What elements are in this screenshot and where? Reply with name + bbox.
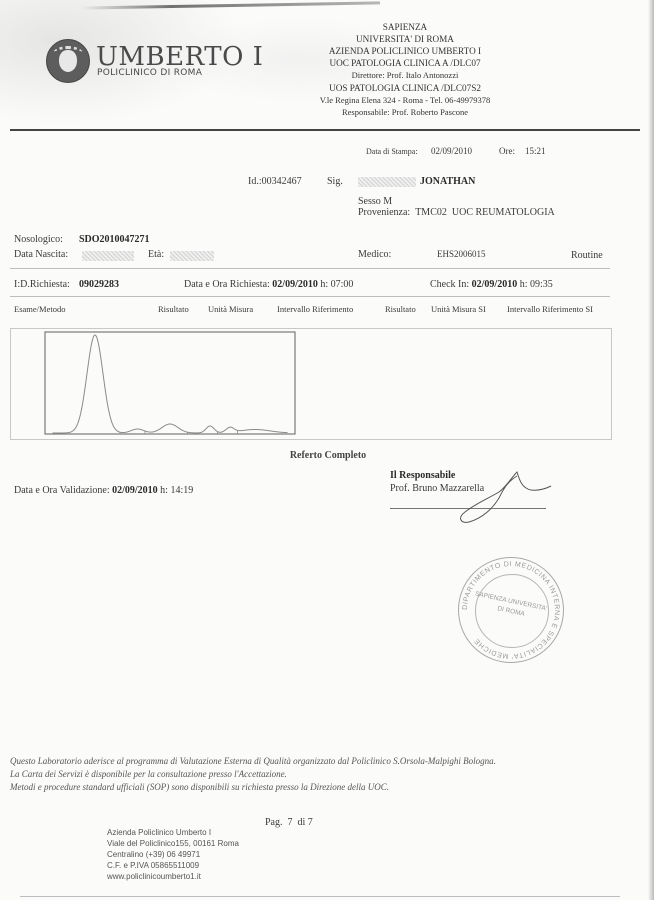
request-date: 02/09/2010 <box>272 279 318 290</box>
patient-name: JONATHAN <box>420 176 475 187</box>
request-datetime-label: Data e Ora Richiesta: <box>184 279 270 290</box>
footer-address: Azienda Policlinico Umberto I Viale del … <box>107 827 239 882</box>
electrophoresis-chart <box>44 331 296 435</box>
validation-date: 02/09/2010 <box>112 485 158 496</box>
footer-street: Viale del Policlinico155, 00161 Roma <box>107 838 239 849</box>
letterhead-department: UOC PATOLOGIA CLINICA A /DLC07 <box>290 57 520 69</box>
col-reference-range-si: Intervallo Riferimento SI <box>507 304 593 314</box>
patient-origin: Provenienza: TMC02 UOC REUMATOLOGIA <box>358 207 555 218</box>
nosologico-label: Nosologico: <box>14 234 63 245</box>
letterhead-address: V.le Regina Elena 324 - Roma - Tel. 06-4… <box>290 94 520 106</box>
print-time-value: 15:21 <box>525 146 546 156</box>
disclaimer-line-2: La Carta dei Servizi è disponibile per l… <box>10 769 287 779</box>
patient-id-label: Id.: <box>248 176 262 187</box>
record-divider <box>10 268 610 269</box>
footer-phone: Centralino (+39) 06 49971 <box>107 849 239 860</box>
medusa-head-icon <box>46 39 90 83</box>
print-time-label: Ore: <box>499 146 515 156</box>
validation-time: 14:19 <box>170 485 193 496</box>
header-divider <box>10 129 640 131</box>
origin-label: Provenienza: <box>358 207 410 218</box>
disclaimer-line-1: Questo Laboratorio aderisce al programma… <box>10 756 496 766</box>
request-divider <box>10 296 610 297</box>
col-result: Risultato <box>158 304 189 314</box>
department-stamp: DIPARTIMENTO DI MEDICINA INTERNA E SPECI… <box>458 557 564 663</box>
request-datetime: Data e Ora Richiesta: 02/09/2010 h: 07:0… <box>184 279 353 290</box>
disclaimer-line-3: Metodi e procedure standard ufficiali (S… <box>10 782 389 792</box>
redacted-age <box>170 251 214 261</box>
request-time: 07:00 <box>331 279 354 290</box>
report-status: Referto Completo <box>273 450 383 461</box>
patient-id-value: 00342467 <box>262 176 302 187</box>
page-label: Pag. <box>265 817 283 828</box>
col-reference-range: Intervallo Riferimento <box>277 304 353 314</box>
redacted-surname <box>358 177 416 187</box>
print-date-label: Data di Stampa: <box>366 147 418 156</box>
sex-value: M <box>383 196 392 207</box>
letterhead-responsible: Responsabile: Prof. Roberto Pascone <box>290 106 520 118</box>
letterhead-university-2: UNIVERSITA' DI ROMA <box>290 33 520 45</box>
footer-vat: C.F. e P.IVA 05865511009 <box>107 860 239 871</box>
validation: Data e Ora Validazione: 02/09/2010 h: 14… <box>14 485 193 496</box>
pagination: Pag. 7 di 7 <box>265 817 313 828</box>
priority: Routine <box>571 250 603 261</box>
request-id-value: 09029283 <box>79 279 119 290</box>
paper-fold <box>80 1 380 9</box>
chart-frame <box>45 332 295 434</box>
letterhead-unit: UOS PATOLOGIA CLINICA /DLC07S2 <box>290 82 520 94</box>
footer-divider <box>20 896 620 897</box>
electrophoresis-trace <box>53 335 288 433</box>
letterhead-university: SAPIENZA <box>290 21 520 33</box>
print-date-value: 02/09/2010 <box>431 146 472 156</box>
page-total: 7 <box>308 817 313 828</box>
col-exam-method: Esame/Metodo <box>14 304 65 314</box>
nosologico-value: SDO2010047271 <box>79 234 150 245</box>
handwritten-signature <box>455 468 555 528</box>
checkin: Check In: 02/09/2010 h: 09:35 <box>430 279 553 290</box>
checkin-time: 09:35 <box>530 279 553 290</box>
logo-subtitle: POLICLINICO DI ROMA <box>97 68 202 78</box>
col-result-si: Risultato <box>385 304 416 314</box>
checkin-date: 02/09/2010 <box>472 279 518 290</box>
patient-sex: Sesso M <box>358 196 392 207</box>
redacted-birth-date <box>82 251 134 261</box>
checkin-label: Check In: <box>430 279 469 290</box>
request-id-label: I:D.Richiesta: <box>14 279 70 290</box>
doctor-label: Medico: <box>358 249 391 260</box>
footer-website: www.policlinicoumberto1.it <box>107 871 239 882</box>
birth-date-label: Data Nascita: <box>14 249 68 260</box>
paper-edge-shadow <box>648 0 654 900</box>
patient-id: Id.:00342467 <box>248 176 302 187</box>
validation-label: Data e Ora Validazione: <box>14 485 110 496</box>
origin-code: TMC02 <box>415 207 447 218</box>
age-label: Età: <box>148 249 164 260</box>
col-unit: Unità Misura <box>208 304 253 314</box>
sex-label: Sesso <box>358 196 381 207</box>
page-current: 7 <box>288 817 293 828</box>
signature-role: Il Responsabile <box>390 470 455 481</box>
patient-title: Sig. <box>327 176 343 187</box>
origin-value: UOC REUMATOLOGIA <box>452 207 555 218</box>
doctor-value: EHS2006015 <box>437 249 486 259</box>
footer-org: Azienda Policlinico Umberto I <box>107 827 239 838</box>
letterhead-director: Direttore: Prof. Italo Antonozzi <box>290 69 520 81</box>
letterhead-hospital: AZIENDA POLICLINICO UMBERTO I <box>290 45 520 57</box>
col-unit-si: Unità Misura SI <box>431 304 486 314</box>
